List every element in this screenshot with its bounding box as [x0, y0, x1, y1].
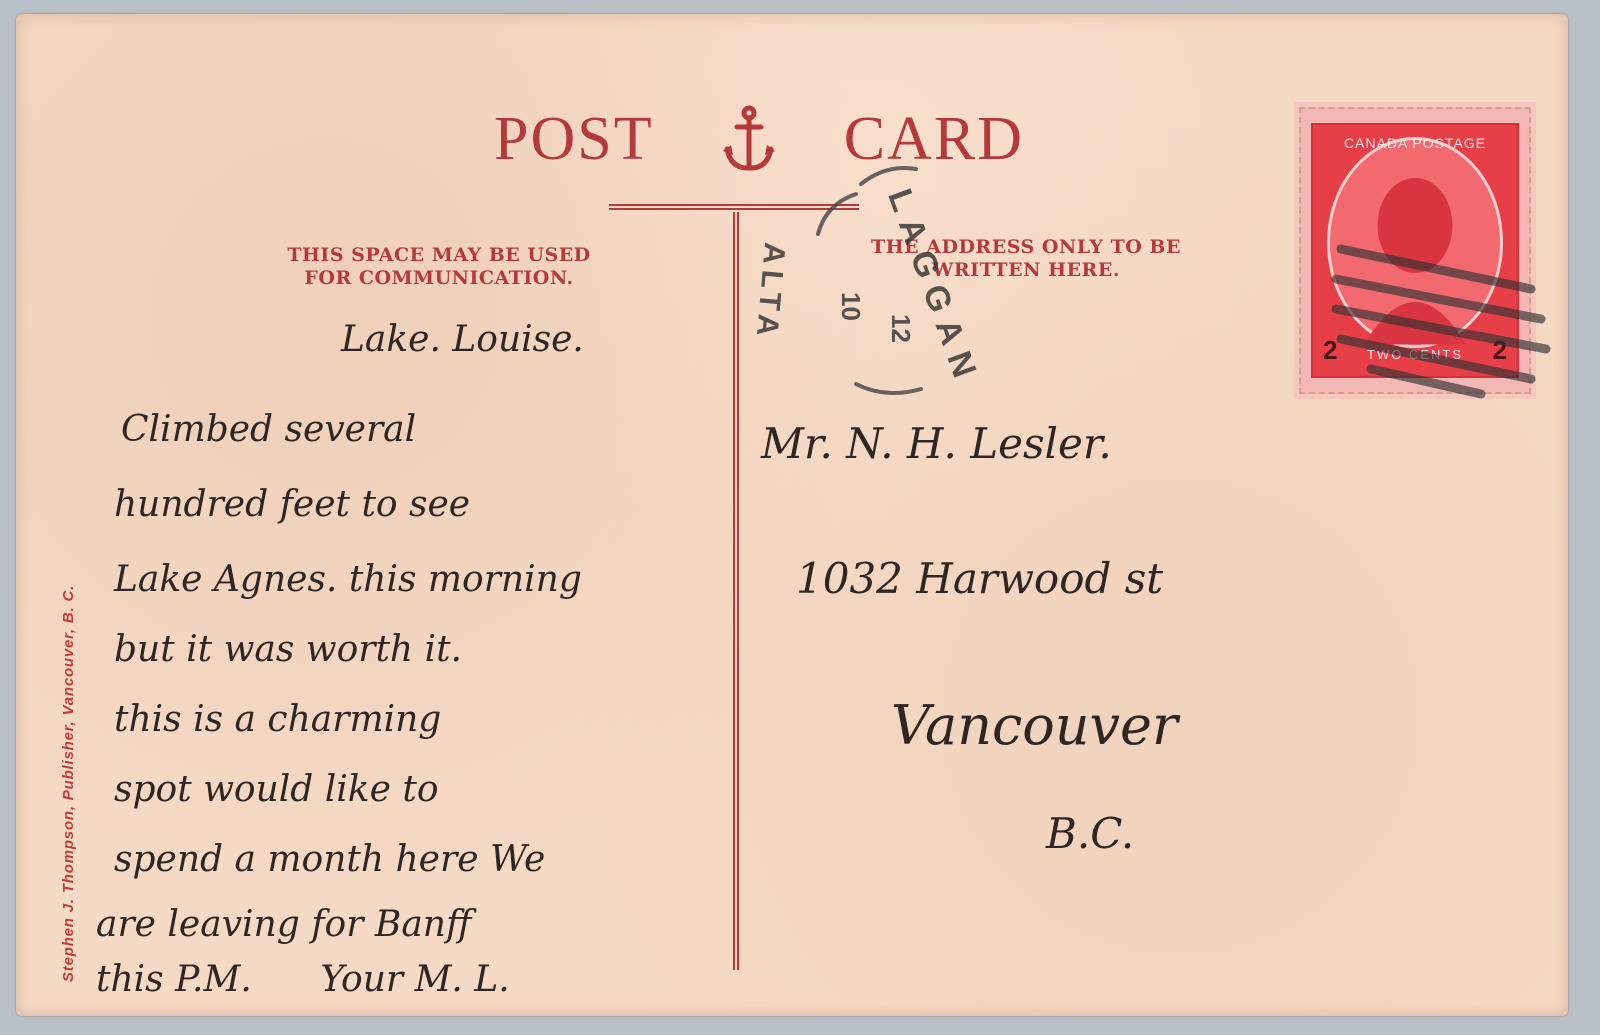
postage-stamp: CANADA POSTAGE TWO CENTS 2 2 — [1299, 107, 1531, 394]
message-line: spot would like to — [114, 769, 439, 810]
address-street: 1032 Harwood st — [796, 554, 1163, 603]
divider-vertical — [733, 212, 739, 970]
communication-label-line1: THIS SPACE MAY BE USED — [224, 244, 654, 267]
address-name: Mr. N. H. Lesler. — [761, 419, 1112, 468]
stamp-country: CANADA POSTAGE — [1313, 135, 1517, 151]
postmark-day: 10 — [835, 292, 866, 321]
postmark-province: ALTA — [748, 241, 791, 343]
publisher-imprint: Stephen J. Thompson, Publisher, Vancouve… — [60, 585, 77, 982]
message-line: but it was worth it. — [114, 629, 462, 670]
title-post: POST — [494, 104, 654, 175]
message-line: hundred feet to see — [114, 484, 470, 525]
communication-label: THIS SPACE MAY BE USED FOR COMMUNICATION… — [224, 244, 654, 290]
message-line: Climbed several — [121, 409, 416, 450]
anchor-icon — [721, 105, 777, 173]
message-heading: Lake. Louise. — [341, 319, 584, 360]
message-line: spend a month here We — [114, 839, 545, 880]
message-line: Lake Agnes. this morning — [114, 559, 582, 600]
address-city: Vancouver — [891, 694, 1178, 757]
postmark-month: 12 — [885, 314, 916, 343]
message-line: are leaving for Banff — [96, 904, 472, 945]
cancellation-bars — [1331, 229, 1571, 409]
communication-label-line2: FOR COMMUNICATION. — [224, 267, 654, 290]
address-province: B.C. — [1046, 809, 1134, 858]
postcard-back: POST CARD THIS SPACE MAY BE USED FOR COM… — [16, 14, 1568, 1016]
message-signoff: this P.M. Your M. L. — [96, 959, 510, 1000]
message-line: this is a charming — [114, 699, 441, 740]
